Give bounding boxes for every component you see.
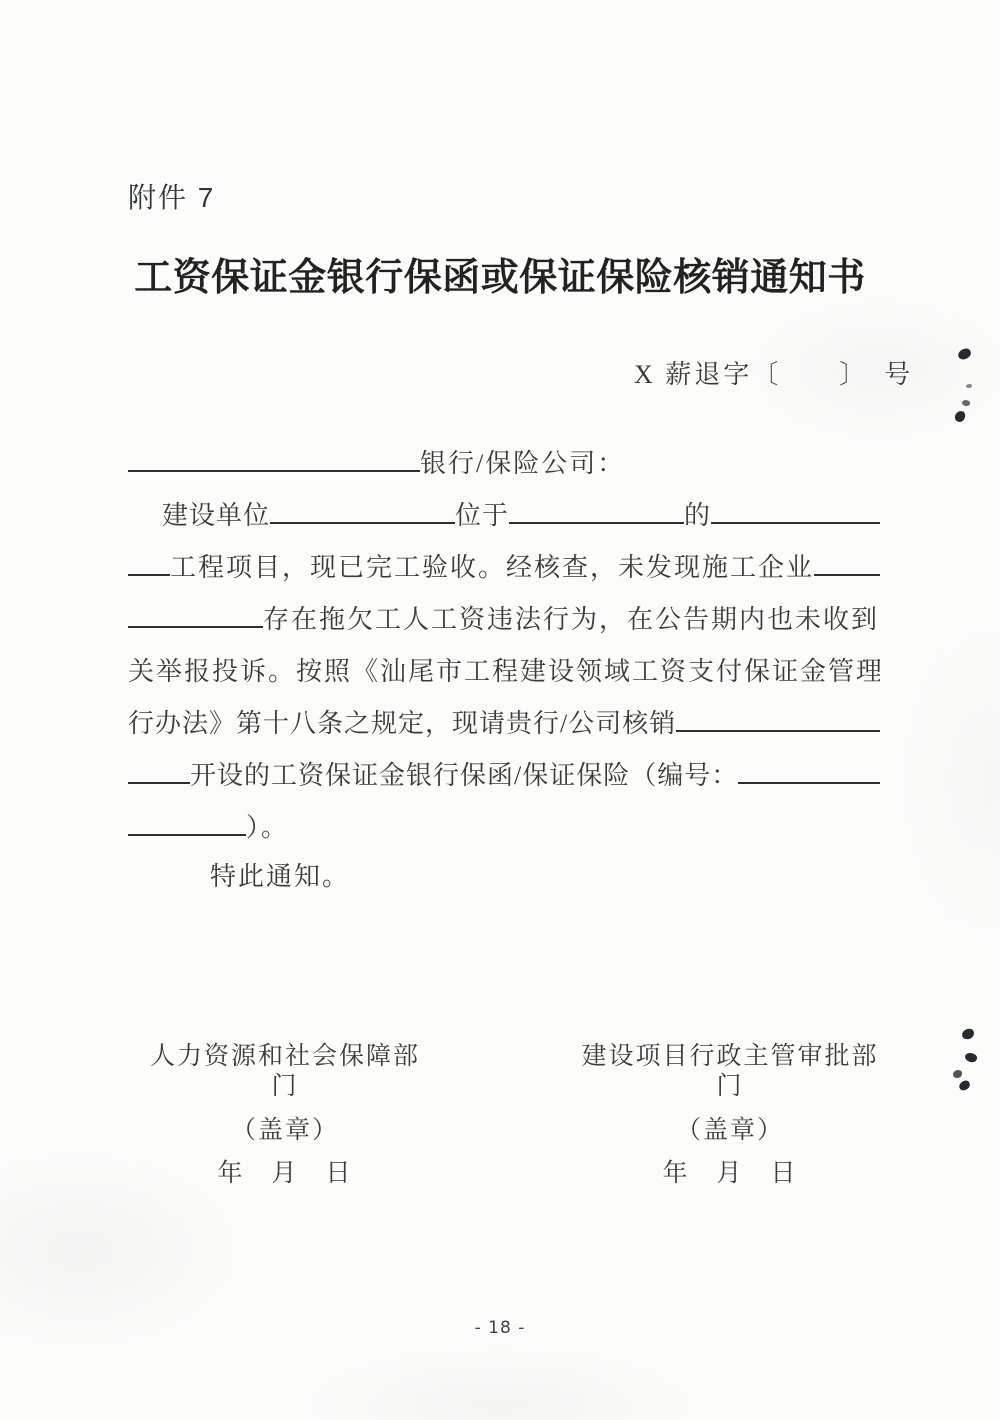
line7-text: 开设的工资保证金银行保函/保证保险（编号：: [190, 750, 738, 802]
line2-text-2: 位于: [455, 490, 509, 542]
scan-speck: [964, 1051, 979, 1064]
body-line-salutation: 银行/保险公司：: [128, 438, 880, 490]
salutation-text: 银行/保险公司：: [420, 438, 625, 490]
page-number: - 18 -: [0, 1318, 1000, 1338]
blank-cancel-subject-start: [676, 724, 880, 732]
hr-seal-label: （盖章）: [140, 1116, 430, 1146]
scan-speck: [961, 1028, 975, 1040]
line4-text: 存在拖欠工人工资违法行为，在公告期内也未收到有: [263, 594, 880, 646]
document-number-line: X 薪退字〔 〕 号: [634, 354, 913, 391]
body-line-closing: 特此通知。: [128, 854, 880, 900]
blank-cancel-subject-cont: [128, 776, 190, 784]
line2-text-1: 建设单位: [162, 490, 270, 542]
scan-speck: [966, 384, 972, 388]
blank-bank-name: [128, 464, 420, 472]
signature-block-hr-department: 人力资源和社会保障部门 （盖章） 年 月 日: [140, 1042, 430, 1189]
body-line-3: 工程项目，现已完工验收。经核查，未发现施工企业: [128, 542, 880, 594]
line3-text: 工程项目，现已完工验收。经核查，未发现施工企业: [170, 542, 814, 594]
blank-project-name-cont: [128, 568, 170, 576]
project-authority-name: 建设项目行政主管审批部门: [570, 1042, 890, 1102]
blank-location: [509, 516, 684, 524]
project-authority-seal-label: （盖章）: [570, 1116, 890, 1146]
body-line-4: 存在拖欠工人工资违法行为，在公告期内也未收到有: [128, 594, 880, 646]
attachment-label: 附件 7: [128, 176, 215, 216]
blank-contractor-cont: [128, 620, 263, 628]
blank-guarantee-number-cont: [128, 828, 246, 836]
line2-text-3: 的: [684, 490, 711, 542]
scanned-document-page: 附件 7 工资保证金银行保函或保证保险核销通知书 X 薪退字〔 〕 号 银行/保…: [0, 0, 1000, 1420]
blank-construction-unit: [270, 516, 455, 524]
line8-text: ）。: [246, 802, 289, 854]
hr-date-line: 年 月 日: [140, 1159, 430, 1189]
body-line-6: 行办法》第十八条之规定，现请贵行/公司核销: [128, 698, 880, 750]
scan-speck: [954, 410, 966, 423]
scan-speck: [958, 1079, 971, 1091]
hr-department-name: 人力资源和社会保障部门: [140, 1042, 430, 1102]
scan-speck: [961, 399, 971, 407]
signature-block-project-authority: 建设项目行政主管审批部门 （盖章） 年 月 日: [570, 1042, 890, 1189]
body-line-7: 开设的工资保证金银行保函/保证保险（编号：: [128, 750, 880, 802]
closing-text: 特此通知。: [210, 854, 350, 900]
blank-contractor-start: [814, 568, 880, 576]
blank-guarantee-number-start: [738, 776, 880, 784]
body-line-5: 关举报投诉。按照《汕尾市工程建设领域工资支付保证金管理暂: [128, 646, 880, 698]
line5-text: 关举报投诉。按照《汕尾市工程建设领域工资支付保证金管理暂: [128, 646, 880, 698]
body-line-8: ）。: [128, 802, 880, 854]
body-line-2: 建设单位 位于 的: [128, 490, 880, 542]
blank-project-name-start: [711, 516, 880, 524]
scan-speck: [953, 1070, 962, 1078]
document-title: 工资保证金银行保函或保证保险核销通知书: [0, 246, 1000, 301]
project-authority-date-line: 年 月 日: [570, 1159, 890, 1189]
line6-text: 行办法》第十八条之规定，现请贵行/公司核销: [128, 698, 676, 750]
scan-speck: [957, 347, 972, 360]
letter-body: 银行/保险公司： 建设单位 位于 的 工程项目，现已完工验收。经核查，未发现施工…: [128, 438, 880, 900]
